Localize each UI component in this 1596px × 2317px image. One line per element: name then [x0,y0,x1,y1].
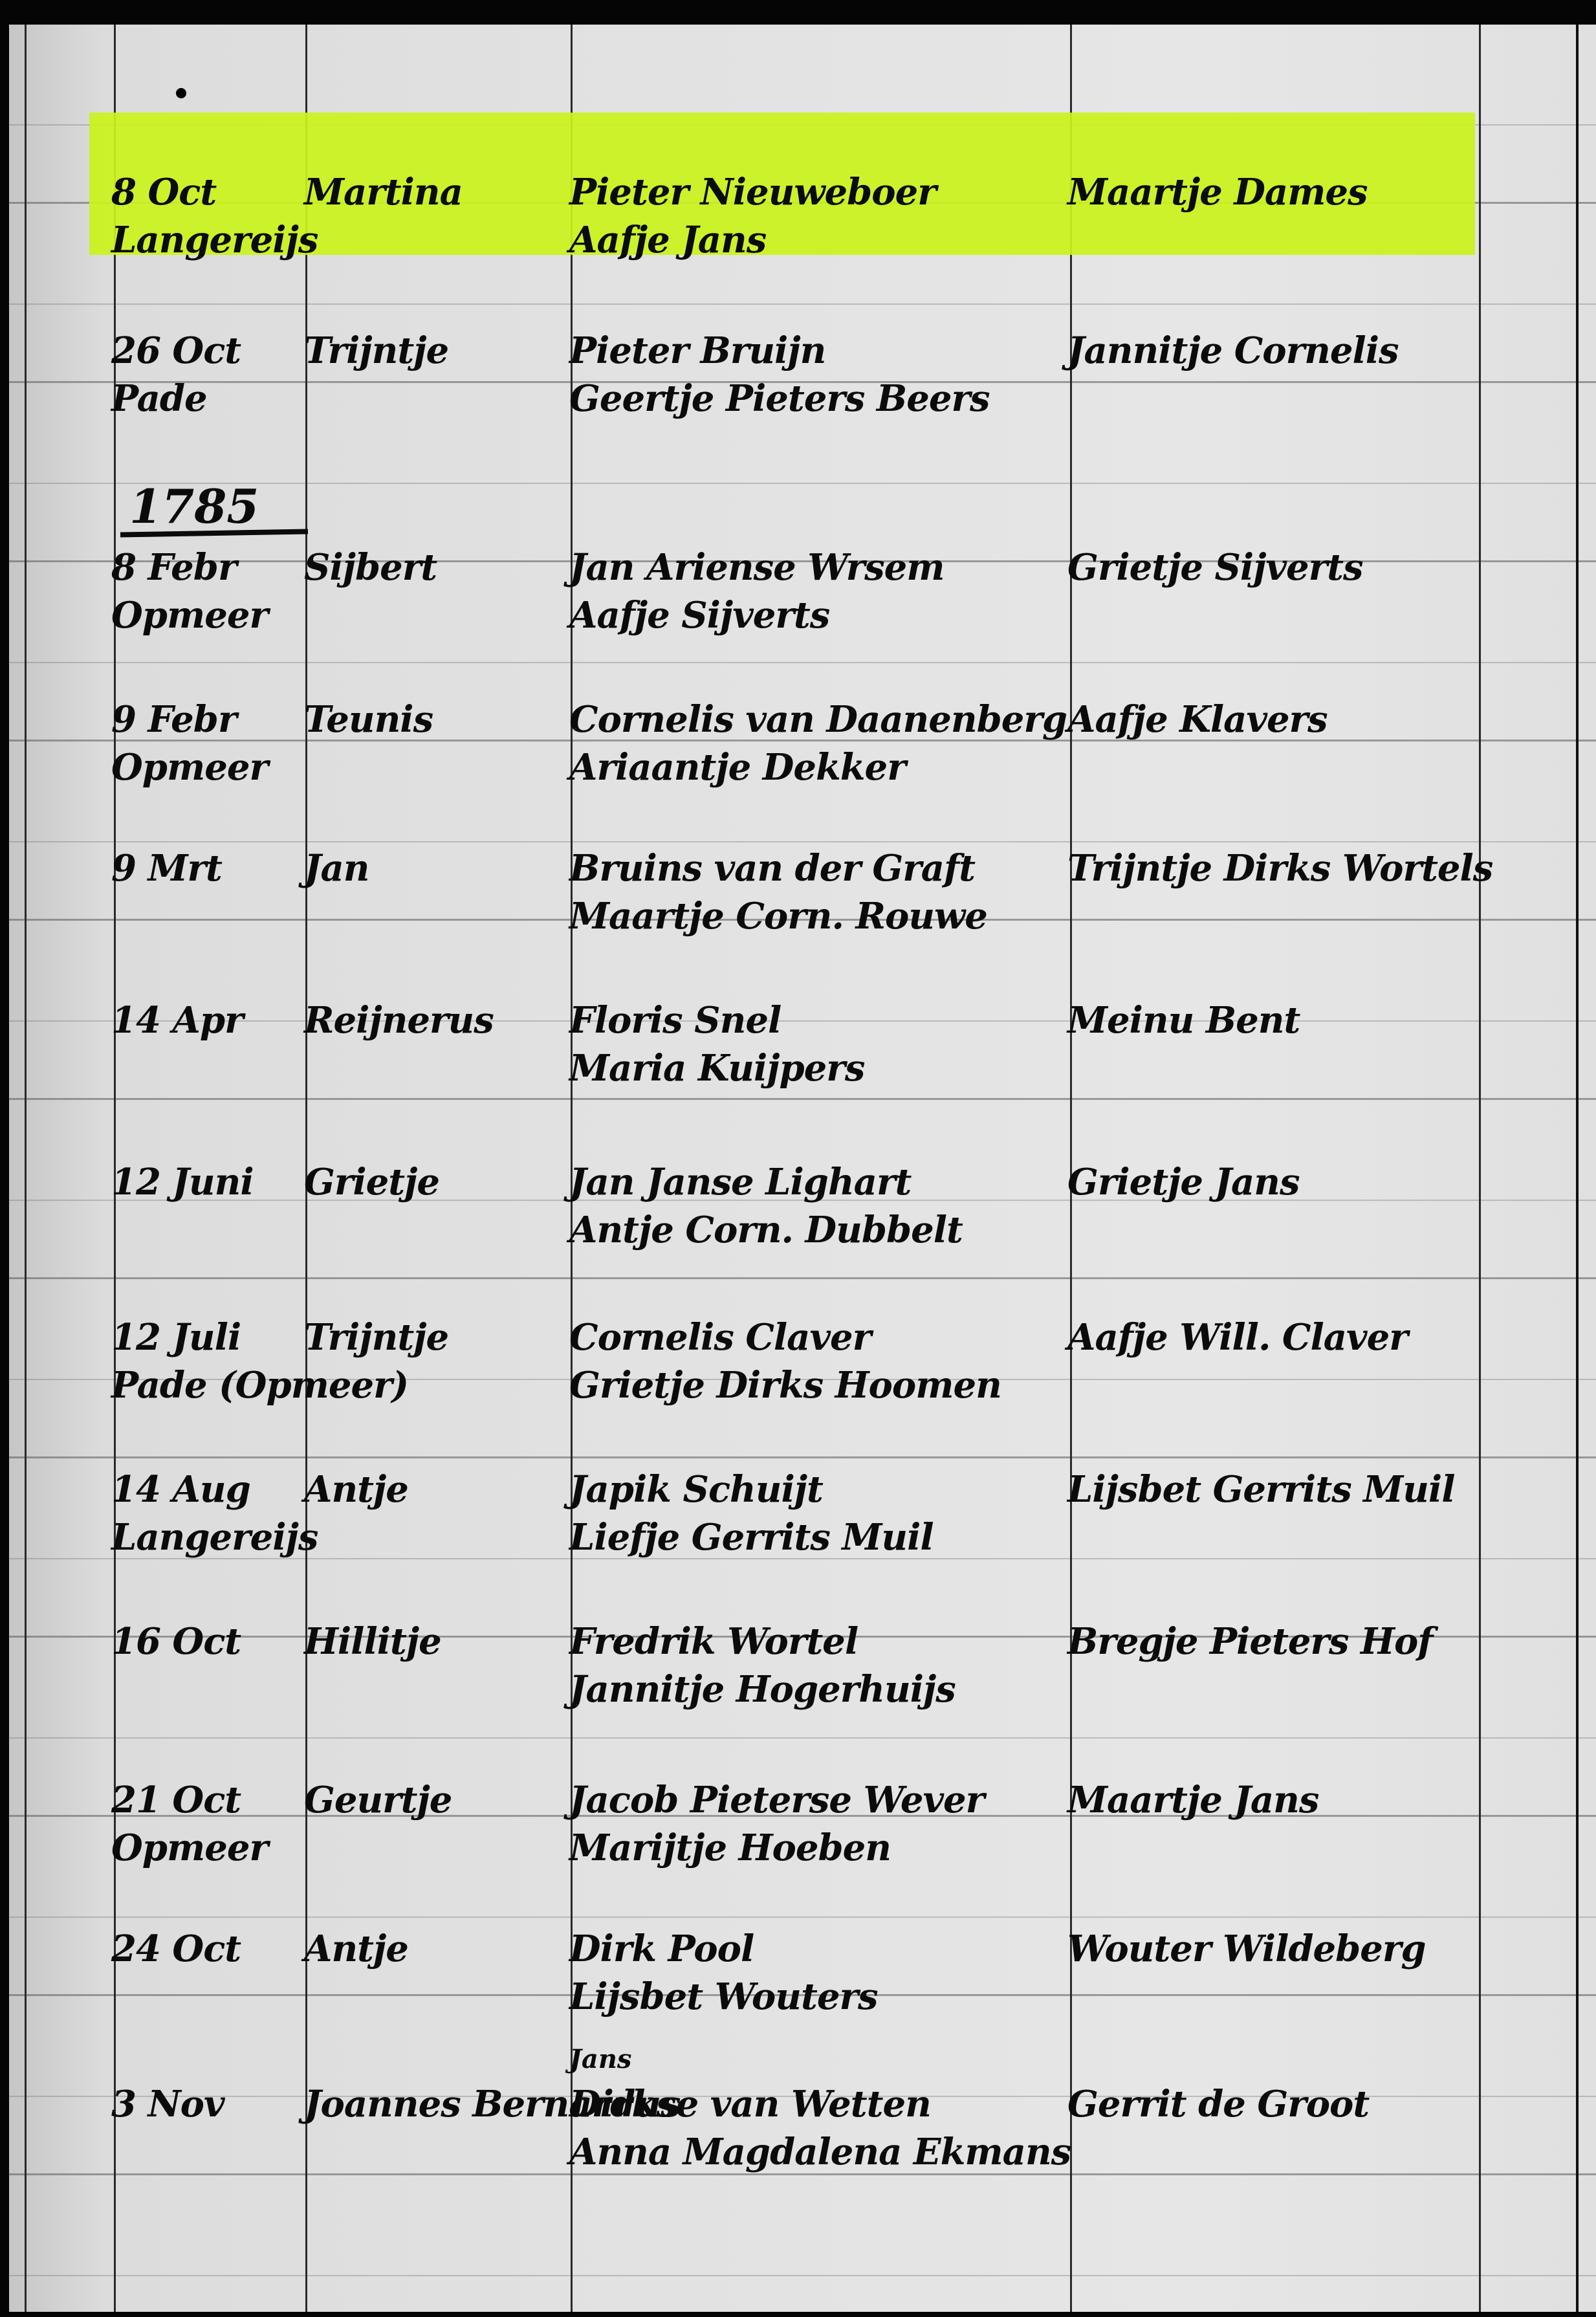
entry-parents: Jacob Pieterse WeverMarijtje Hoeben [569,1776,1061,1872]
entry-child: Joannes Bernardus [304,2080,556,2128]
entry-child: Sijbert [304,544,556,591]
register-entry: 9 Mrt JanBruins van der GraftMaartje Cor… [0,844,1596,974]
entry-date-place: 26 OctPade [111,327,292,423]
entry-witness: Wouter Wildeberg [1067,1925,1469,1973]
entry-child-name: Trijntje [304,1313,556,1361]
entry-mother: Aafje Jans [569,216,1061,264]
entry-place [111,2128,292,2176]
register-entry: 14 Apr ReijnerusFloris SnelMaria Kuijper… [0,996,1596,1126]
entry-witness-name: Meinu Bent [1067,996,1469,1044]
entry-date-place: 9 Mrt [111,844,292,940]
entry-place [111,1665,292,1713]
register-entry: 24 Oct AntjeDirk PoolLijsbet WoutersWout… [0,1925,1596,2054]
entry-witness-name: Maartje Dames [1067,168,1469,216]
entry-mother: Antje Corn. Dubbelt [569,1206,1061,1254]
entry-witness-name: Aafje Klavers [1067,696,1469,743]
entry-child: Hillitje [304,1618,556,1665]
entry-date: 16 Oct [111,1618,292,1665]
register-entry: 16 Oct HillitjeFredrik WortelJannitje Ho… [0,1618,1596,1747]
entry-child-name: Antje [304,1925,556,1973]
entry-date: 9 Mrt [111,844,292,892]
entry-parents: Floris SnelMaria Kuijpers [569,996,1061,1092]
entry-date-place: 21 OctOpmeer [111,1776,292,1872]
entry-child-name: Jan [304,844,556,892]
entry-mother: Maria Kuijpers [569,1044,1061,1092]
entry-date: 9 Febr [111,696,292,743]
register-entry: 12 Juni GrietjeJan Janse LighartAntje Co… [0,1158,1596,1288]
entry-witness-name: Bregje Pieters Hof [1067,1618,1469,1665]
entry-date-place: 12 Juni [111,1158,292,1254]
entry-child: Jan [304,844,556,892]
entry-witness-name: Gerrit de Groot [1067,2080,1469,2128]
register-entry: 9 FebrOpmeerTeunisCornelis van Daanenber… [0,696,1596,825]
entry-mother: Jannitje Hogerhuijs [569,1665,1061,1713]
entry-parents: Dirkse van WettenAnna Magdalena Ekmans [569,2080,1061,2176]
entry-mother: Aafje Sijverts [569,591,1061,639]
entry-mother: Grietje Dirks Hoomen [569,1361,1061,1409]
entry-witness-name: Maartje Jans [1067,1776,1469,1824]
entry-father: Dirkse van Wetten [569,2080,1061,2128]
entry-child-name: Joannes Bernardus [304,2080,556,2128]
father-name-insertion: Jans [569,2044,631,2074]
entry-place: Langereijs [111,216,292,264]
entry-parents: Dirk PoolLijsbet Wouters [569,1925,1061,2021]
register-entry: 8 OctLangereijsMartinaPieter NieuweboerA… [0,168,1596,298]
entry-father: Jan Janse Lighart [569,1158,1061,1206]
entry-mother: Marijtje Hoeben [569,1824,1061,1872]
register-entry: 12 JuliPade (Opmeer)TrijntjeCornelis Cla… [0,1313,1596,1443]
entry-child-name: Trijntje [304,327,556,375]
entry-child: Geurtje [304,1776,556,1824]
entry-child: Antje [304,1925,556,1973]
entry-parents: Bruins van der GraftMaartje Corn. Rouwe [569,844,1061,940]
entry-witness: Aafje Klavers [1067,696,1469,743]
entry-father: Bruins van der Graft [569,844,1061,892]
entry-date-place: 24 Oct [111,1925,292,2021]
entry-witness-name: Jannitje Cornelis [1067,327,1469,375]
entry-mother: Maartje Corn. Rouwe [569,892,1061,940]
entry-date-place: 14 AugLangereijs [111,1466,292,1561]
entry-witness: Aafje Will. Claver [1067,1313,1469,1361]
entry-place: Opmeer [111,1824,292,1872]
entry-place [111,1973,292,2021]
entry-father: Japik Schuijt [569,1466,1061,1513]
entry-witness: Lijsbet Gerrits Muil [1067,1466,1469,1513]
entry-father: Fredrik Wortel [569,1618,1061,1665]
register-entry: 14 AugLangereijsAntjeJapik SchuijtLiefje… [0,1466,1596,1595]
register-entry: 3 Nov Joannes BernardusDirkse van Wetten… [0,2080,1596,2210]
entry-father: Floris Snel [569,996,1061,1044]
entry-date: 12 Juni [111,1158,292,1206]
entry-witness: Grietje Sijverts [1067,544,1469,591]
entry-date-place: 16 Oct [111,1618,292,1713]
entry-child-name: Grietje [304,1158,556,1206]
entry-parents: Pieter NieuweboerAafje Jans [569,168,1061,264]
entry-father: Pieter Bruijn [569,327,1061,375]
entry-child-name: Teunis [304,696,556,743]
entry-child: Teunis [304,696,556,743]
entry-child: Reijnerus [304,996,556,1044]
entry-parents: Cornelis van DaanenbergAriaantje Dekker [569,696,1061,791]
entry-mother: Ariaantje Dekker [569,743,1061,791]
entry-witness-name: Grietje Sijverts [1067,544,1469,591]
entry-date-place: 14 Apr [111,996,292,1092]
entry-parents: Jan Janse LighartAntje Corn. Dubbelt [569,1158,1061,1254]
entry-father: Cornelis van Daanenberg [569,696,1061,743]
entry-father: Pieter Nieuweboer [569,168,1061,216]
entry-witness: Trijntje Dirks Wortels [1067,844,1469,892]
entry-date: 24 Oct [111,1925,292,1973]
entry-witness-name: Trijntje Dirks Wortels [1067,844,1469,892]
entry-place: Opmeer [111,743,292,791]
entry-parents: Jan Ariense WrsemAafje Sijverts [569,544,1061,639]
entry-witness-name: Wouter Wildeberg [1067,1925,1469,1973]
entry-witness: Bregje Pieters Hof [1067,1618,1469,1665]
entry-date: 26 Oct [111,327,292,375]
entry-date: 3 Nov [111,2080,292,2128]
register-entry: 8 FebrOpmeerSijbertJan Ariense WrsemAafj… [0,544,1596,673]
entry-place: Langereijs [111,1513,292,1561]
entry-child-name: Reijnerus [304,996,556,1044]
entry-witness: Grietje Jans [1067,1158,1469,1206]
entry-child-name: Martina [304,168,556,216]
entry-parents: Pieter BruijnGeertje Pieters Beers [569,327,1061,423]
entry-child: Antje [304,1466,556,1513]
entry-witness-name: Grietje Jans [1067,1158,1469,1206]
entry-place [111,892,292,940]
entry-witness: Jannitje Cornelis [1067,327,1469,375]
entry-date-place: 12 JuliPade (Opmeer) [111,1313,292,1409]
entry-child: Trijntje [304,327,556,375]
entry-place: Opmeer [111,591,292,639]
entry-child-name: Antje [304,1466,556,1513]
entry-date: 14 Aug [111,1466,292,1513]
entry-date: 8 Febr [111,544,292,591]
entry-parents: Cornelis ClaverGrietje Dirks Hoomen [569,1313,1061,1409]
entry-place [111,1044,292,1092]
register-entries: 8 OctLangereijsMartinaPieter NieuweboerA… [0,0,1596,2317]
entry-father: Jacob Pieterse Wever [569,1776,1061,1824]
register-entry: 26 OctPadeTrijntjePieter BruijnGeertje P… [0,327,1596,456]
entry-child-name: Hillitje [304,1618,556,1665]
register-entry: 21 OctOpmeerGeurtjeJacob Pieterse WeverM… [0,1776,1596,1905]
entry-witness: Maartje Jans [1067,1776,1469,1824]
entry-date-place: 8 OctLangereijs [111,168,292,264]
entry-date: 14 Apr [111,996,292,1044]
entry-date: 21 Oct [111,1776,292,1824]
entry-witness: Maartje Dames [1067,168,1469,216]
entry-mother: Liefje Gerrits Muil [569,1513,1061,1561]
entry-child-name: Geurtje [304,1776,556,1824]
entry-place [111,1206,292,1254]
entry-place: Pade (Opmeer) [111,1361,292,1409]
entry-witness-name: Lijsbet Gerrits Muil [1067,1466,1469,1513]
entry-parents: Japik SchuijtLiefje Gerrits Muil [569,1466,1061,1561]
entry-father: Cornelis Claver [569,1313,1061,1361]
entry-parents: Fredrik WortelJannitje Hogerhuijs [569,1618,1061,1713]
entry-father: Jan Ariense Wrsem [569,544,1061,591]
entry-mother: Geertje Pieters Beers [569,375,1061,423]
entry-date: 12 Juli [111,1313,292,1361]
entry-father: Dirk Pool [569,1925,1061,1973]
entry-date: 8 Oct [111,168,292,216]
entry-place: Pade [111,375,292,423]
entry-child: Trijntje [304,1313,556,1361]
entry-date-place: 8 FebrOpmeer [111,544,292,639]
entry-child: Martina [304,168,556,216]
entry-witness: Gerrit de Groot [1067,2080,1469,2128]
entry-date-place: 9 FebrOpmeer [111,696,292,791]
entry-mother: Lijsbet Wouters [569,1973,1061,2021]
entry-witness-name: Aafje Will. Claver [1067,1313,1469,1361]
entry-child: Grietje [304,1158,556,1206]
entry-date-place: 3 Nov [111,2080,292,2176]
entry-mother: Anna Magdalena Ekmans [569,2128,1061,2176]
entry-witness: Meinu Bent [1067,996,1469,1044]
entry-child-name: Sijbert [304,544,556,591]
